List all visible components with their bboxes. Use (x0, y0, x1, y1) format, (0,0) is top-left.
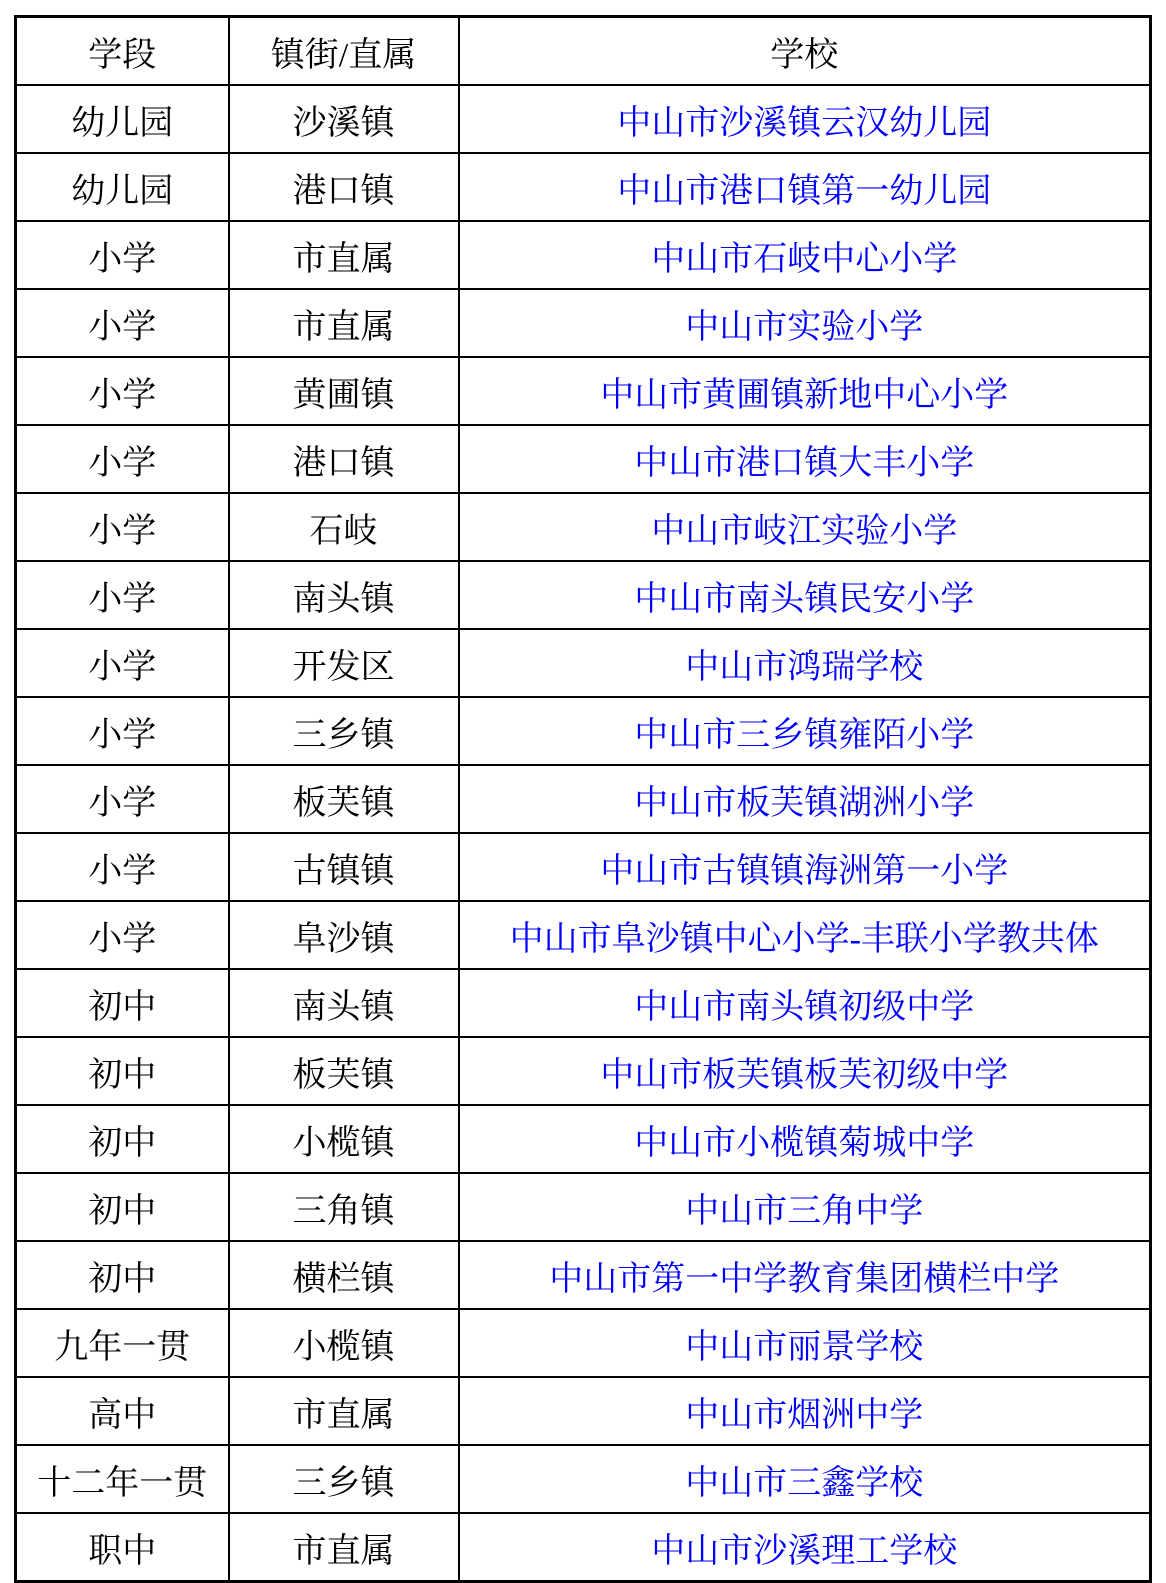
school-link[interactable]: 中山市石岐中心小学 (651, 241, 957, 278)
table-row: 小学 三乡镇 中山市三乡镇雍陌小学 (16, 697, 1151, 765)
district-cell: 市直属 (229, 289, 459, 357)
school-link[interactable]: 中山市烟洲中学 (685, 1397, 923, 1434)
table-row: 小学 市直属 中山市石岐中心小学 (16, 221, 1151, 289)
table-row: 初中 小榄镇 中山市小榄镇菊城中学 (16, 1105, 1151, 1173)
school-link[interactable]: 中山市南头镇初级中学 (634, 989, 974, 1026)
table-row: 初中 横栏镇 中山市第一中学教育集团横栏中学 (16, 1241, 1151, 1309)
district-cell: 古镇镇 (229, 833, 459, 901)
table-row: 小学 古镇镇 中山市古镇镇海洲第一小学 (16, 833, 1151, 901)
school-cell: 中山市第一中学教育集团横栏中学 (459, 1241, 1151, 1309)
district-cell: 沙溪镇 (229, 85, 459, 153)
stage-cell: 小学 (16, 833, 229, 901)
district-cell: 三角镇 (229, 1173, 459, 1241)
school-cell: 中山市古镇镇海洲第一小学 (459, 833, 1151, 901)
stage-cell: 幼儿园 (16, 153, 229, 221)
school-link[interactable]: 中山市沙溪理工学校 (651, 1533, 957, 1570)
stage-cell: 小学 (16, 765, 229, 833)
stage-cell: 小学 (16, 629, 229, 697)
school-link[interactable]: 中山市丽景学校 (685, 1329, 923, 1366)
stage-cell: 小学 (16, 561, 229, 629)
school-cell: 中山市南头镇民安小学 (459, 561, 1151, 629)
district-cell: 市直属 (229, 1513, 459, 1582)
table-row: 高中 市直属 中山市烟洲中学 (16, 1377, 1151, 1445)
district-cell: 三乡镇 (229, 1445, 459, 1513)
stage-cell: 初中 (16, 969, 229, 1037)
school-cell: 中山市三乡镇雍陌小学 (459, 697, 1151, 765)
school-cell: 中山市阜沙镇中心小学-丰联小学教共体 (459, 901, 1151, 969)
school-cell: 中山市石岐中心小学 (459, 221, 1151, 289)
school-link[interactable]: 中山市岐江实验小学 (651, 513, 957, 550)
school-link[interactable]: 中山市港口镇第一幼儿园 (617, 173, 991, 210)
table-row: 小学 石岐 中山市岐江实验小学 (16, 493, 1151, 561)
school-cell: 中山市烟洲中学 (459, 1377, 1151, 1445)
stage-cell: 初中 (16, 1105, 229, 1173)
stage-cell: 初中 (16, 1037, 229, 1105)
table-row: 职中 市直属 中山市沙溪理工学校 (16, 1513, 1151, 1582)
stage-cell: 初中 (16, 1173, 229, 1241)
school-cell: 中山市板芙镇板芙初级中学 (459, 1037, 1151, 1105)
stage-cell: 小学 (16, 493, 229, 561)
stage-cell: 十二年一贯 (16, 1445, 229, 1513)
table-row: 幼儿园 沙溪镇 中山市沙溪镇云汉幼儿园 (16, 85, 1151, 153)
school-link[interactable]: 中山市小榄镇菊城中学 (634, 1125, 974, 1162)
district-cell: 板芙镇 (229, 1037, 459, 1105)
stage-cell: 小学 (16, 289, 229, 357)
district-cell: 横栏镇 (229, 1241, 459, 1309)
stage-cell: 幼儿园 (16, 85, 229, 153)
school-link[interactable]: 中山市三鑫学校 (685, 1465, 923, 1502)
school-cell: 中山市港口镇第一幼儿园 (459, 153, 1151, 221)
school-link[interactable]: 中山市三角中学 (685, 1193, 923, 1230)
school-cell: 中山市沙溪理工学校 (459, 1513, 1151, 1582)
table-body: 幼儿园 沙溪镇 中山市沙溪镇云汉幼儿园 幼儿园 港口镇 中山市港口镇第一幼儿园 … (16, 85, 1151, 1582)
stage-cell: 小学 (16, 357, 229, 425)
school-link[interactable]: 中山市实验小学 (685, 309, 923, 346)
district-cell: 石岐 (229, 493, 459, 561)
district-cell: 三乡镇 (229, 697, 459, 765)
school-cell: 中山市港口镇大丰小学 (459, 425, 1151, 493)
district-cell: 南头镇 (229, 969, 459, 1037)
district-cell: 小榄镇 (229, 1105, 459, 1173)
school-link[interactable]: 中山市三乡镇雍陌小学 (634, 717, 974, 754)
district-cell: 南头镇 (229, 561, 459, 629)
district-cell: 阜沙镇 (229, 901, 459, 969)
school-cell: 中山市小榄镇菊城中学 (459, 1105, 1151, 1173)
district-cell: 板芙镇 (229, 765, 459, 833)
school-link[interactable]: 中山市南头镇民安小学 (634, 581, 974, 618)
header-school: 学校 (459, 17, 1151, 86)
school-cell: 中山市沙溪镇云汉幼儿园 (459, 85, 1151, 153)
table-row: 小学 南头镇 中山市南头镇民安小学 (16, 561, 1151, 629)
stage-cell: 初中 (16, 1241, 229, 1309)
school-link[interactable]: 中山市板芙镇湖洲小学 (634, 785, 974, 822)
school-table: 学段 镇街/直属 学校 幼儿园 沙溪镇 中山市沙溪镇云汉幼儿园 幼儿园 港口镇 … (14, 15, 1152, 1583)
school-cell: 中山市南头镇初级中学 (459, 969, 1151, 1037)
school-link[interactable]: 中山市黄圃镇新地中心小学 (600, 377, 1008, 414)
table-row: 小学 市直属 中山市实验小学 (16, 289, 1151, 357)
district-cell: 开发区 (229, 629, 459, 697)
stage-cell: 小学 (16, 697, 229, 765)
district-cell: 市直属 (229, 1377, 459, 1445)
district-cell: 小榄镇 (229, 1309, 459, 1377)
stage-cell: 九年一贯 (16, 1309, 229, 1377)
table-row: 小学 板芙镇 中山市板芙镇湖洲小学 (16, 765, 1151, 833)
school-link[interactable]: 中山市沙溪镇云汉幼儿园 (617, 105, 991, 142)
stage-cell: 小学 (16, 425, 229, 493)
school-link[interactable]: 中山市板芙镇板芙初级中学 (600, 1057, 1008, 1094)
table-row: 幼儿园 港口镇 中山市港口镇第一幼儿园 (16, 153, 1151, 221)
district-cell: 港口镇 (229, 153, 459, 221)
table-row: 初中 南头镇 中山市南头镇初级中学 (16, 969, 1151, 1037)
table-row: 十二年一贯 三乡镇 中山市三鑫学校 (16, 1445, 1151, 1513)
table-row: 小学 阜沙镇 中山市阜沙镇中心小学-丰联小学教共体 (16, 901, 1151, 969)
district-cell: 市直属 (229, 221, 459, 289)
school-link[interactable]: 中山市港口镇大丰小学 (634, 445, 974, 482)
header-district: 镇街/直属 (229, 17, 459, 86)
district-cell: 黄圃镇 (229, 357, 459, 425)
stage-cell: 高中 (16, 1377, 229, 1445)
header-stage: 学段 (16, 17, 229, 86)
table-row: 小学 港口镇 中山市港口镇大丰小学 (16, 425, 1151, 493)
school-link[interactable]: 中山市阜沙镇中心小学-丰联小学教共体 (510, 921, 1099, 958)
table-row: 小学 开发区 中山市鸿瑞学校 (16, 629, 1151, 697)
school-link[interactable]: 中山市鸿瑞学校 (685, 649, 923, 686)
district-cell: 港口镇 (229, 425, 459, 493)
school-cell: 中山市板芙镇湖洲小学 (459, 765, 1151, 833)
school-cell: 中山市岐江实验小学 (459, 493, 1151, 561)
school-link[interactable]: 中山市古镇镇海洲第一小学 (600, 853, 1008, 890)
stage-cell: 职中 (16, 1513, 229, 1582)
table-row: 九年一贯 小榄镇 中山市丽景学校 (16, 1309, 1151, 1377)
school-cell: 中山市实验小学 (459, 289, 1151, 357)
school-cell: 中山市丽景学校 (459, 1309, 1151, 1377)
header-row: 学段 镇街/直属 学校 (16, 17, 1151, 86)
table-row: 小学 黄圃镇 中山市黄圃镇新地中心小学 (16, 357, 1151, 425)
table-row: 初中 板芙镇 中山市板芙镇板芙初级中学 (16, 1037, 1151, 1105)
stage-cell: 小学 (16, 221, 229, 289)
table-row: 初中 三角镇 中山市三角中学 (16, 1173, 1151, 1241)
school-cell: 中山市三鑫学校 (459, 1445, 1151, 1513)
school-cell: 中山市三角中学 (459, 1173, 1151, 1241)
school-cell: 中山市黄圃镇新地中心小学 (459, 357, 1151, 425)
school-cell: 中山市鸿瑞学校 (459, 629, 1151, 697)
stage-cell: 小学 (16, 901, 229, 969)
school-link[interactable]: 中山市第一中学教育集团横栏中学 (549, 1261, 1059, 1298)
